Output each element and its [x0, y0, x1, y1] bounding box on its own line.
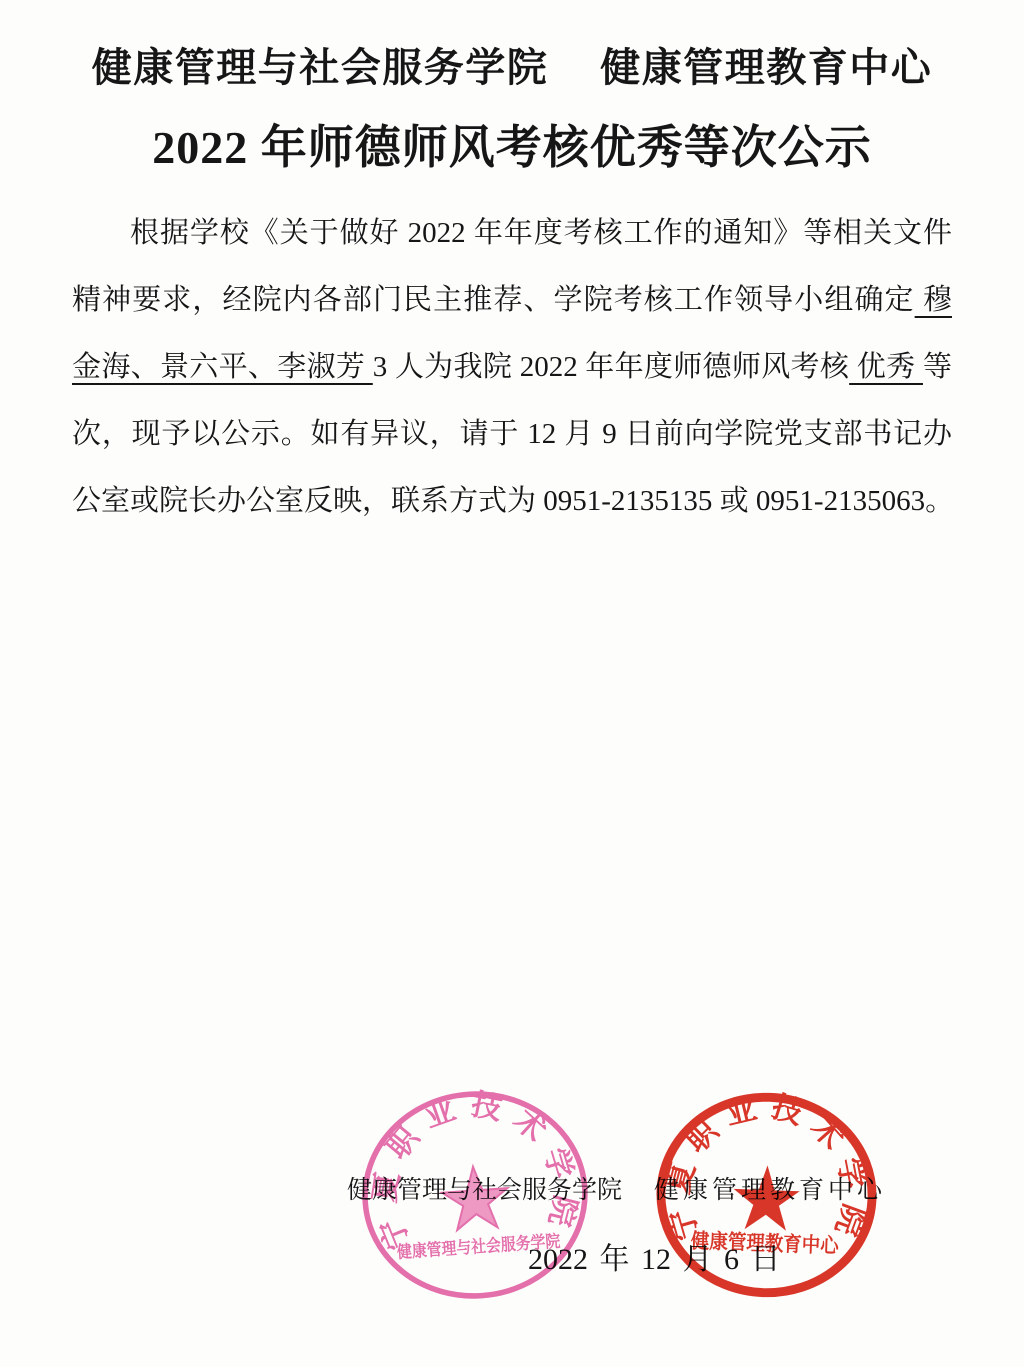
title-org-1: 健康管理与社会服务学院 — [92, 42, 549, 94]
announcement-body: 根据学校《关于做好 2022 年年度考核工作的通知》等相关文件 精神要求，经院内… — [72, 200, 952, 535]
paragraph-text: 3 人为我院 2022 年年度师德师风考核 — [373, 351, 849, 383]
paragraph-text: 公室或院长办公室反映，联系方式为 0951-2135135 或 0951-213… — [72, 485, 954, 517]
document-title-line1: 健康管理与社会服务学院 健康管理教育中心 — [0, 0, 1024, 94]
seal-bottom-text: 健康管理与社会服务学院 — [396, 1231, 562, 1262]
underlined-name-start: 穆 — [915, 284, 952, 316]
paragraph-line-1: 根据学校《关于做好 2022 年年度考核工作的通知》等相关文件 — [72, 200, 952, 267]
paragraph-text: 精神要求，经院内各部门民主推荐、学院考核工作领导小组确定 — [72, 284, 915, 316]
document-page: 健康管理与社会服务学院 健康管理教育中心 2022 年师德师风考核优秀等次公示 … — [0, 0, 1024, 1367]
paragraph-text: 次，现予以公示。如有异议，请于 12 月 9 日前向学院党支部书记办 — [72, 418, 952, 450]
official-seal-left: 宁夏职业技术学院 健康管理与社会服务学院 — [354, 1082, 596, 1307]
star-icon — [441, 1165, 510, 1231]
document-title-line2: 2022 年师德师风考核优秀等次公示 — [0, 118, 1024, 178]
title-org-2: 健康管理教育中心 — [600, 42, 932, 94]
paragraph-text: 根据学校《关于做好 2022 年年度考核工作的通知》等相关文件 — [130, 217, 952, 249]
star-icon — [732, 1164, 800, 1231]
paragraph-text: 等 — [923, 351, 952, 383]
paragraph-line-4: 次，现予以公示。如有异议，请于 12 月 9 日前向学院党支部书记办 — [72, 401, 952, 468]
seal-bottom-text: 健康管理教育中心 — [690, 1229, 841, 1258]
underlined-names: 金海、景六平、李淑芳 — [72, 351, 373, 383]
paragraph-line-3: 金海、景六平、李淑芳 3 人为我院 2022 年年度师德师风考核 优秀 等 — [72, 334, 952, 401]
paragraph-line-5: 公室或院长办公室反映，联系方式为 0951-2135135 或 0951-213… — [72, 468, 952, 535]
official-seal-right: 宁夏职业技术学院 健康管理教育中心 — [651, 1086, 881, 1304]
underlined-grade: 优秀 — [849, 351, 923, 383]
paragraph-line-2: 精神要求，经院内各部门民主推荐、学院考核工作领导小组确定 穆 — [72, 267, 952, 334]
